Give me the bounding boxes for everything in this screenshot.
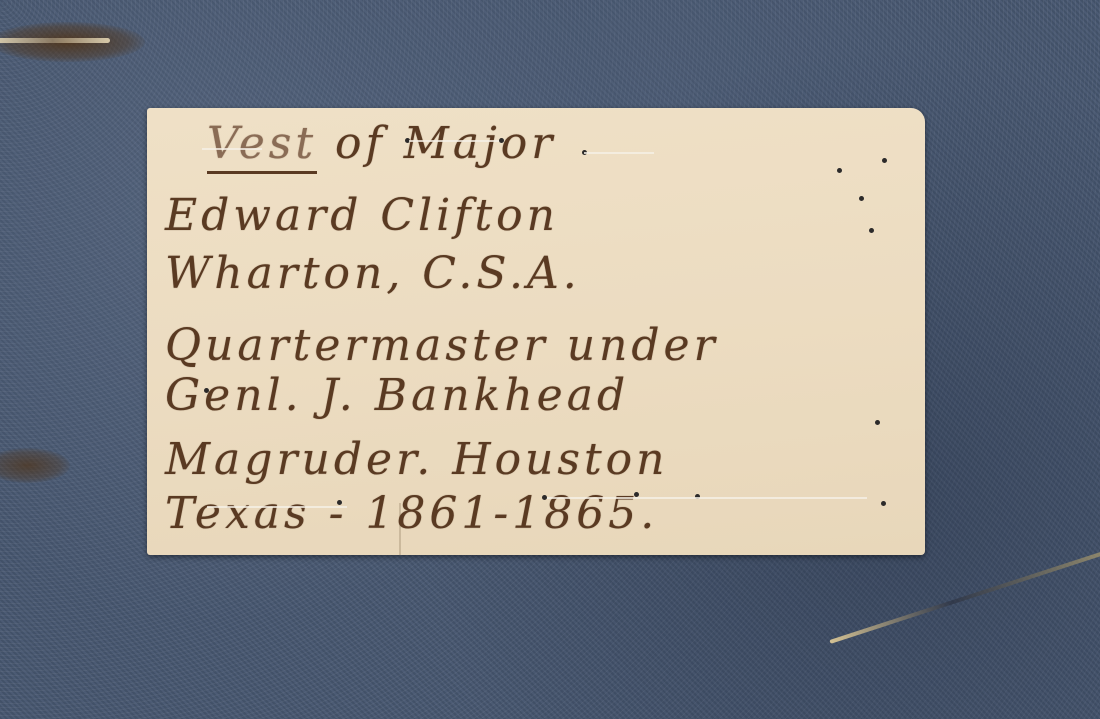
label-line-2: Edward Clifton (165, 190, 559, 241)
stitch-hole (837, 168, 842, 173)
loose-thread (0, 38, 110, 43)
label-line-1: Vest of Major (207, 118, 556, 169)
label-line-5: Genl. J. Bankhead (165, 370, 629, 421)
stitch-thread (547, 497, 867, 499)
stitch-hole (875, 420, 880, 425)
label-line-6: Magruder. Houston (165, 434, 669, 485)
handwritten-label-card: Vest of Major Edward Clifton Wharton, C.… (147, 108, 925, 555)
stitch-hole (882, 158, 887, 163)
label-line-4: Quartermaster under (165, 320, 719, 371)
stitch-thread (207, 506, 347, 508)
stitch-hole (869, 228, 874, 233)
label-line-1-rest: of Major (317, 118, 556, 169)
stitch-hole (204, 388, 209, 393)
stitch-thread (584, 152, 654, 154)
fabric-stain-top (0, 22, 145, 62)
fabric-seam-thread (829, 541, 1100, 644)
fabric-stain-left (0, 448, 70, 483)
label-line-3: Wharton, C.S.A. (165, 248, 581, 299)
stitch-hole (337, 500, 342, 505)
stitch-hole (881, 501, 886, 506)
stitch-thread (409, 140, 499, 142)
stitch-thread (202, 148, 262, 150)
stitch-hole (499, 138, 504, 143)
stitch-hole (859, 196, 864, 201)
label-word-vest: Vest (207, 118, 317, 174)
label-line-7: Texas - 1861-1865. (165, 488, 658, 539)
